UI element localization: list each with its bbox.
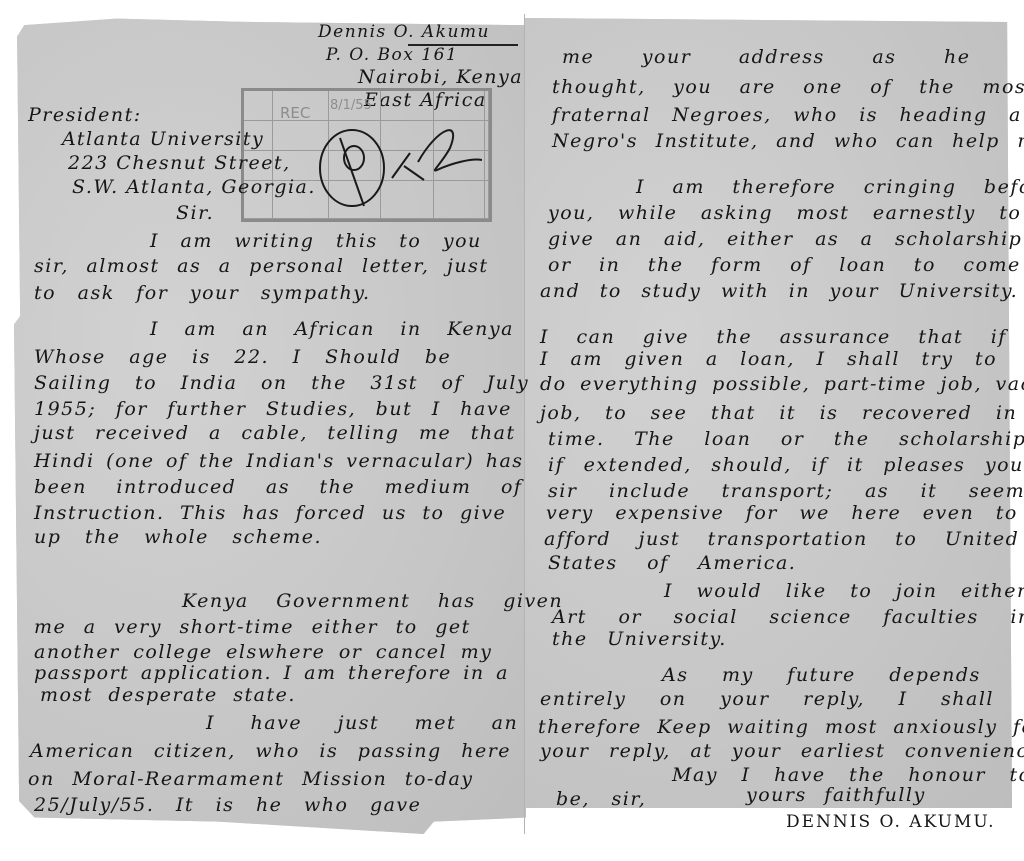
- letter-line: I am given a loan, I shall try to: [540, 348, 997, 370]
- letter-line: been introduced as the medium of: [34, 476, 522, 498]
- letter-line: me your address as he: [562, 46, 970, 68]
- letter-line: Kenya Government has given: [182, 590, 563, 612]
- letter-line: or in the form of loan to come: [548, 254, 1021, 276]
- letter-line: 1955; for further Studies, but I have: [34, 398, 512, 420]
- letter-line: just received a cable, telling me that: [34, 422, 516, 444]
- letter-line: you, while asking most earnestly to: [548, 202, 1021, 224]
- letter-line: to ask for your sympathy.: [34, 282, 370, 304]
- sender-po-box: P. O. Box 161: [326, 45, 458, 65]
- letter-line: I am an African in Kenya: [150, 318, 514, 340]
- letter-line: very expensive for we here even to: [546, 502, 1018, 524]
- letter-line: 25/July/55. It is he who gave: [34, 794, 421, 816]
- salutation: Sir.: [176, 202, 214, 224]
- recipient-street: 223 Chesnut Street,: [68, 152, 291, 174]
- letter-line: most desperate state.: [40, 684, 296, 706]
- letter-line: on Moral-Rearmament Mission to-day: [28, 768, 474, 790]
- letter-line: afford just transportation to United: [544, 528, 1019, 550]
- letter-line: As my future depends: [662, 664, 981, 686]
- letter-line: thought, you are one of the most: [552, 76, 1024, 98]
- letter-line: Whose age is 22. I Should be: [34, 346, 451, 368]
- letter-line: sir include transport; as it seems: [548, 480, 1024, 502]
- letter-line: I can give the assurance that if: [540, 326, 1007, 348]
- letter-line: I am writing this to you: [150, 230, 482, 252]
- signature: DENNIS O. AKUMU.: [786, 812, 996, 832]
- letter-line: entirely on your reply, I shall: [540, 688, 994, 710]
- letter-line: I have just met an: [206, 712, 518, 734]
- recipient-city: S.W. Atlanta, Georgia.: [72, 176, 316, 198]
- letter-line: if extended, should, if it pleases you: [548, 454, 1024, 476]
- letter-line: me a very short-time either to get: [34, 616, 471, 638]
- letter-line: Art or social science faculties in: [552, 606, 1024, 628]
- letter-line: the University.: [552, 628, 727, 650]
- letter-line: I am therefore cringing before: [636, 176, 1024, 198]
- letter-line: States of America.: [548, 552, 796, 574]
- letter-line: fraternal Negroes, who is heading a: [552, 104, 1022, 126]
- sender-city: Nairobi, Kenya: [358, 66, 523, 88]
- page-fold-divider: [524, 14, 525, 834]
- letter-line: time. The loan or the scholarship: [548, 428, 1024, 450]
- letter-line: be, sir,: [556, 788, 646, 810]
- letter-line: Sailing to India on the 31st of July: [34, 372, 529, 394]
- letter-line: Instruction. This has forced us to give: [34, 502, 506, 524]
- letter-line: American citizen, who is passing here: [30, 740, 511, 762]
- letter-line: May I have the honour to: [672, 764, 1024, 786]
- letter-line: do everything possible, part-time job, v…: [540, 373, 1024, 395]
- letter-line: and to study with in your University.: [540, 280, 1018, 302]
- letter-line: sir, almost as a personal letter, just: [34, 255, 488, 277]
- letter-line: passport application. I am therefore in …: [34, 662, 509, 684]
- letter-line: I would like to join either: [664, 580, 1024, 602]
- stamp-date: 8/1/55: [330, 98, 372, 113]
- letter-line: Hindi (one of the Indian's vernacular) h…: [34, 450, 524, 472]
- letter-line: job, to see that it is recovered in: [540, 402, 1017, 424]
- letter-line: therefore Keep waiting most anxiously fo…: [538, 716, 1024, 738]
- letter-line: give an aid, either as a scholarship: [548, 228, 1022, 250]
- letter-line: another college elswhere or cancel my: [34, 641, 492, 663]
- handwritten-initials-icon: [312, 118, 482, 210]
- closing-line: yours faithfully: [746, 784, 926, 806]
- recipient-institution: Atlanta University: [62, 128, 264, 150]
- letter-line: Negro's Institute, and who can help me.: [552, 130, 1024, 152]
- recipient-title: President:: [28, 104, 142, 126]
- stamp-rec-label: REC: [280, 104, 310, 122]
- letter-line: up the whole scheme.: [34, 526, 322, 548]
- sender-name: Dennis O. Akumu: [318, 22, 490, 42]
- letter-line: your reply, at your earliest convenience…: [540, 740, 1024, 762]
